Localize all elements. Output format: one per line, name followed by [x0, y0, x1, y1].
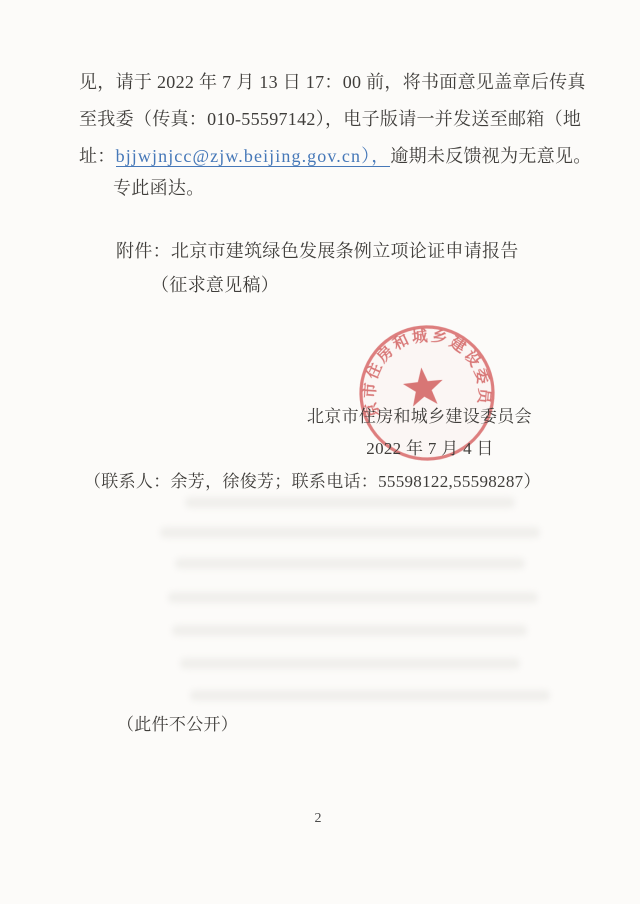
- confidential-note: （此件不公开）: [117, 712, 238, 738]
- document-page: 见，请于 2022 年 7 月 13 日 17：00 前，将书面意见盖章后传真 …: [0, 0, 640, 904]
- ghost-line: [160, 527, 540, 538]
- line3-suffix: 逾期未反馈视为无意见。: [390, 146, 591, 166]
- contact-line: （联系人：余芳，徐俊芳；联系电话：55598122,55598287）: [84, 469, 541, 495]
- email-link[interactable]: bjjwjnjcc@zjw.beijing.gov.cn），: [116, 146, 391, 167]
- attachment-note: （征求意见稿）: [151, 272, 279, 298]
- page-number: 2: [298, 811, 338, 827]
- body-line-4: 专此函达。: [113, 175, 205, 201]
- body-line-1: 见，请于 2022 年 7 月 13 日 17：00 前，将书面意见盖章后传真: [79, 69, 586, 95]
- ghost-line: [175, 558, 525, 569]
- signature-date: 2022 年 7 月 4 日: [340, 436, 520, 462]
- ghost-line: [168, 592, 538, 603]
- ghost-line: [190, 690, 550, 701]
- line3-prefix: 址：: [79, 146, 116, 166]
- bleedthrough-texture: [0, 0, 640, 904]
- body-line-3: 址：bjjwjnjcc@zjw.beijing.gov.cn），逾期未反馈视为无…: [79, 143, 592, 169]
- body-line-2: 至我委（传真：010-55597142），电子版请一并发送至邮箱（地: [79, 106, 581, 132]
- attachment-line: 附件：北京市建筑绿色发展条例立项论证申请报告: [116, 238, 519, 264]
- ghost-line: [185, 497, 515, 508]
- ghost-line: [180, 658, 520, 669]
- ghost-line: [172, 625, 527, 636]
- signature-org: 北京市住房和城乡建设委员会: [307, 404, 532, 430]
